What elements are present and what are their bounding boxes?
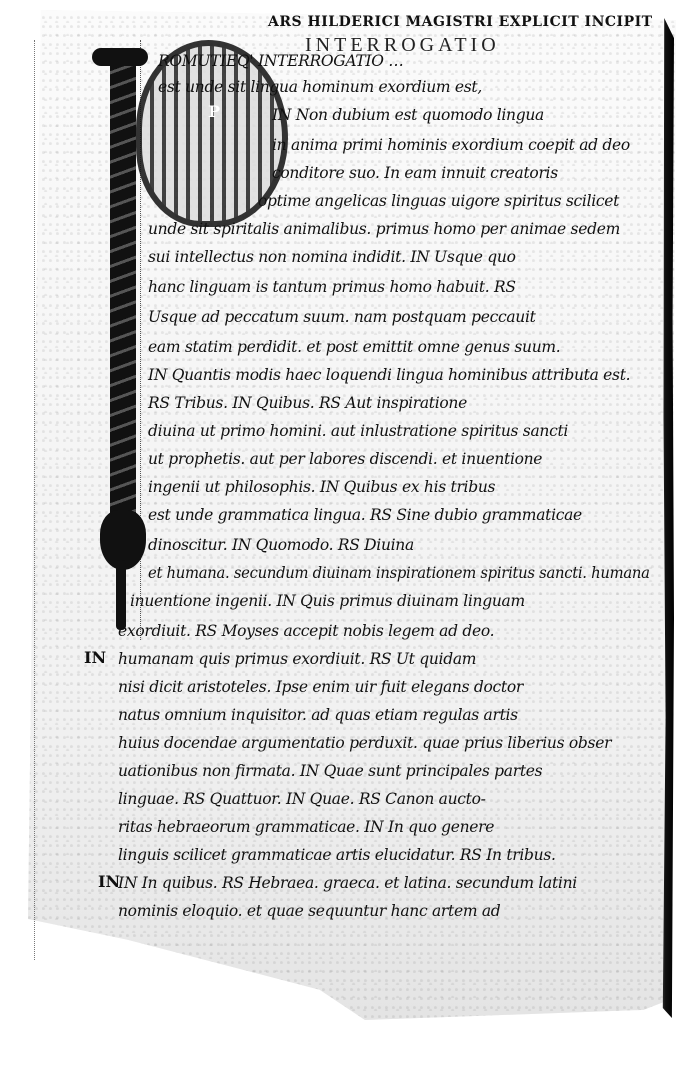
text-line: diuina ut primo homini. aut inlustration…: [148, 422, 568, 440]
text-line: IN Quantis modis haec loquendi lingua ho…: [148, 366, 630, 384]
text-line: ROMUTIEQ' INTERROGATIO …: [158, 52, 404, 70]
text-line: conditore suo. In eam innuit creatoris: [272, 164, 558, 182]
text-line: est unde grammatica lingua. RS Sine dubi…: [148, 506, 582, 524]
text-line: sui intellectus non nomina indidit. IN U…: [148, 248, 516, 266]
text-line: linguis scilicet grammaticae artis eluci…: [118, 846, 556, 864]
text-line: ingenii ut philosophis. IN Quibus ex his…: [148, 478, 495, 496]
text-line: ritas hebraeorum grammaticae. IN In quo …: [118, 818, 494, 836]
text-line: RS Tribus. IN Quibus. RS Aut inspiration…: [148, 394, 467, 412]
text-line: et humana. secundum diuinam inspiratione…: [148, 564, 650, 582]
text-line: IN Non dubium est quomodo lingua: [272, 106, 544, 124]
text-line: linguae. RS Quattuor. IN Quae. RS Canon …: [118, 790, 486, 808]
text-line: uationibus non firmata. IN Quae sunt pri…: [118, 762, 542, 780]
text-line: nisi dicit aristoteles. Ipse enim uir fu…: [118, 678, 523, 696]
text-line: est unde sit lingua hominum exordium est…: [158, 78, 482, 96]
text-line: exordiuit. RS Moyses accepit nobis legem…: [118, 622, 494, 640]
text-line: dinoscitur. IN Quomodo. RS Diuina: [148, 536, 414, 554]
margin-note: IN: [84, 648, 106, 667]
text-line: nominis eloquio. et quae sequuntur hanc …: [118, 902, 500, 920]
initial-tail: [116, 560, 126, 630]
text-line: inuentione ingenii. IN Quis primus diuin…: [130, 592, 525, 610]
running-head: ARS HILDERICI MAGISTRI EXPLICIT INCIPIT: [268, 14, 653, 30]
text-line: in anima primi hominis exordium coepit a…: [272, 136, 630, 154]
margin-ruling: [34, 40, 35, 960]
text-line: hanc linguam is tantum primus homo habui…: [148, 278, 516, 296]
text-line: optime angelicas linguas uigore spiritus…: [258, 192, 619, 210]
text-line: humanam quis primus exordiuit. RS Ut qui…: [118, 650, 476, 668]
text-line: unde sit spiritalis animalibus. primus h…: [148, 220, 620, 238]
margin-note: IN: [98, 872, 120, 891]
text-line: natus omnium inquisitor. ad quas etiam r…: [118, 706, 518, 724]
text-line: Usque ad peccatum suum. nam postquam pec…: [148, 308, 536, 326]
initial-cap-scroll: [92, 48, 148, 66]
initial-stem: [110, 50, 136, 550]
text-line: eam statim perdidit. et post emittit omn…: [148, 338, 560, 356]
text-line: huius docendae argumentatio perduxit. qu…: [118, 734, 611, 752]
text-line: IN In quibus. RS Hebraea. graeca. et lat…: [118, 874, 577, 892]
text-line: ut prophetis. aut per labores discendi. …: [148, 450, 542, 468]
initial-letter: P: [208, 102, 220, 121]
